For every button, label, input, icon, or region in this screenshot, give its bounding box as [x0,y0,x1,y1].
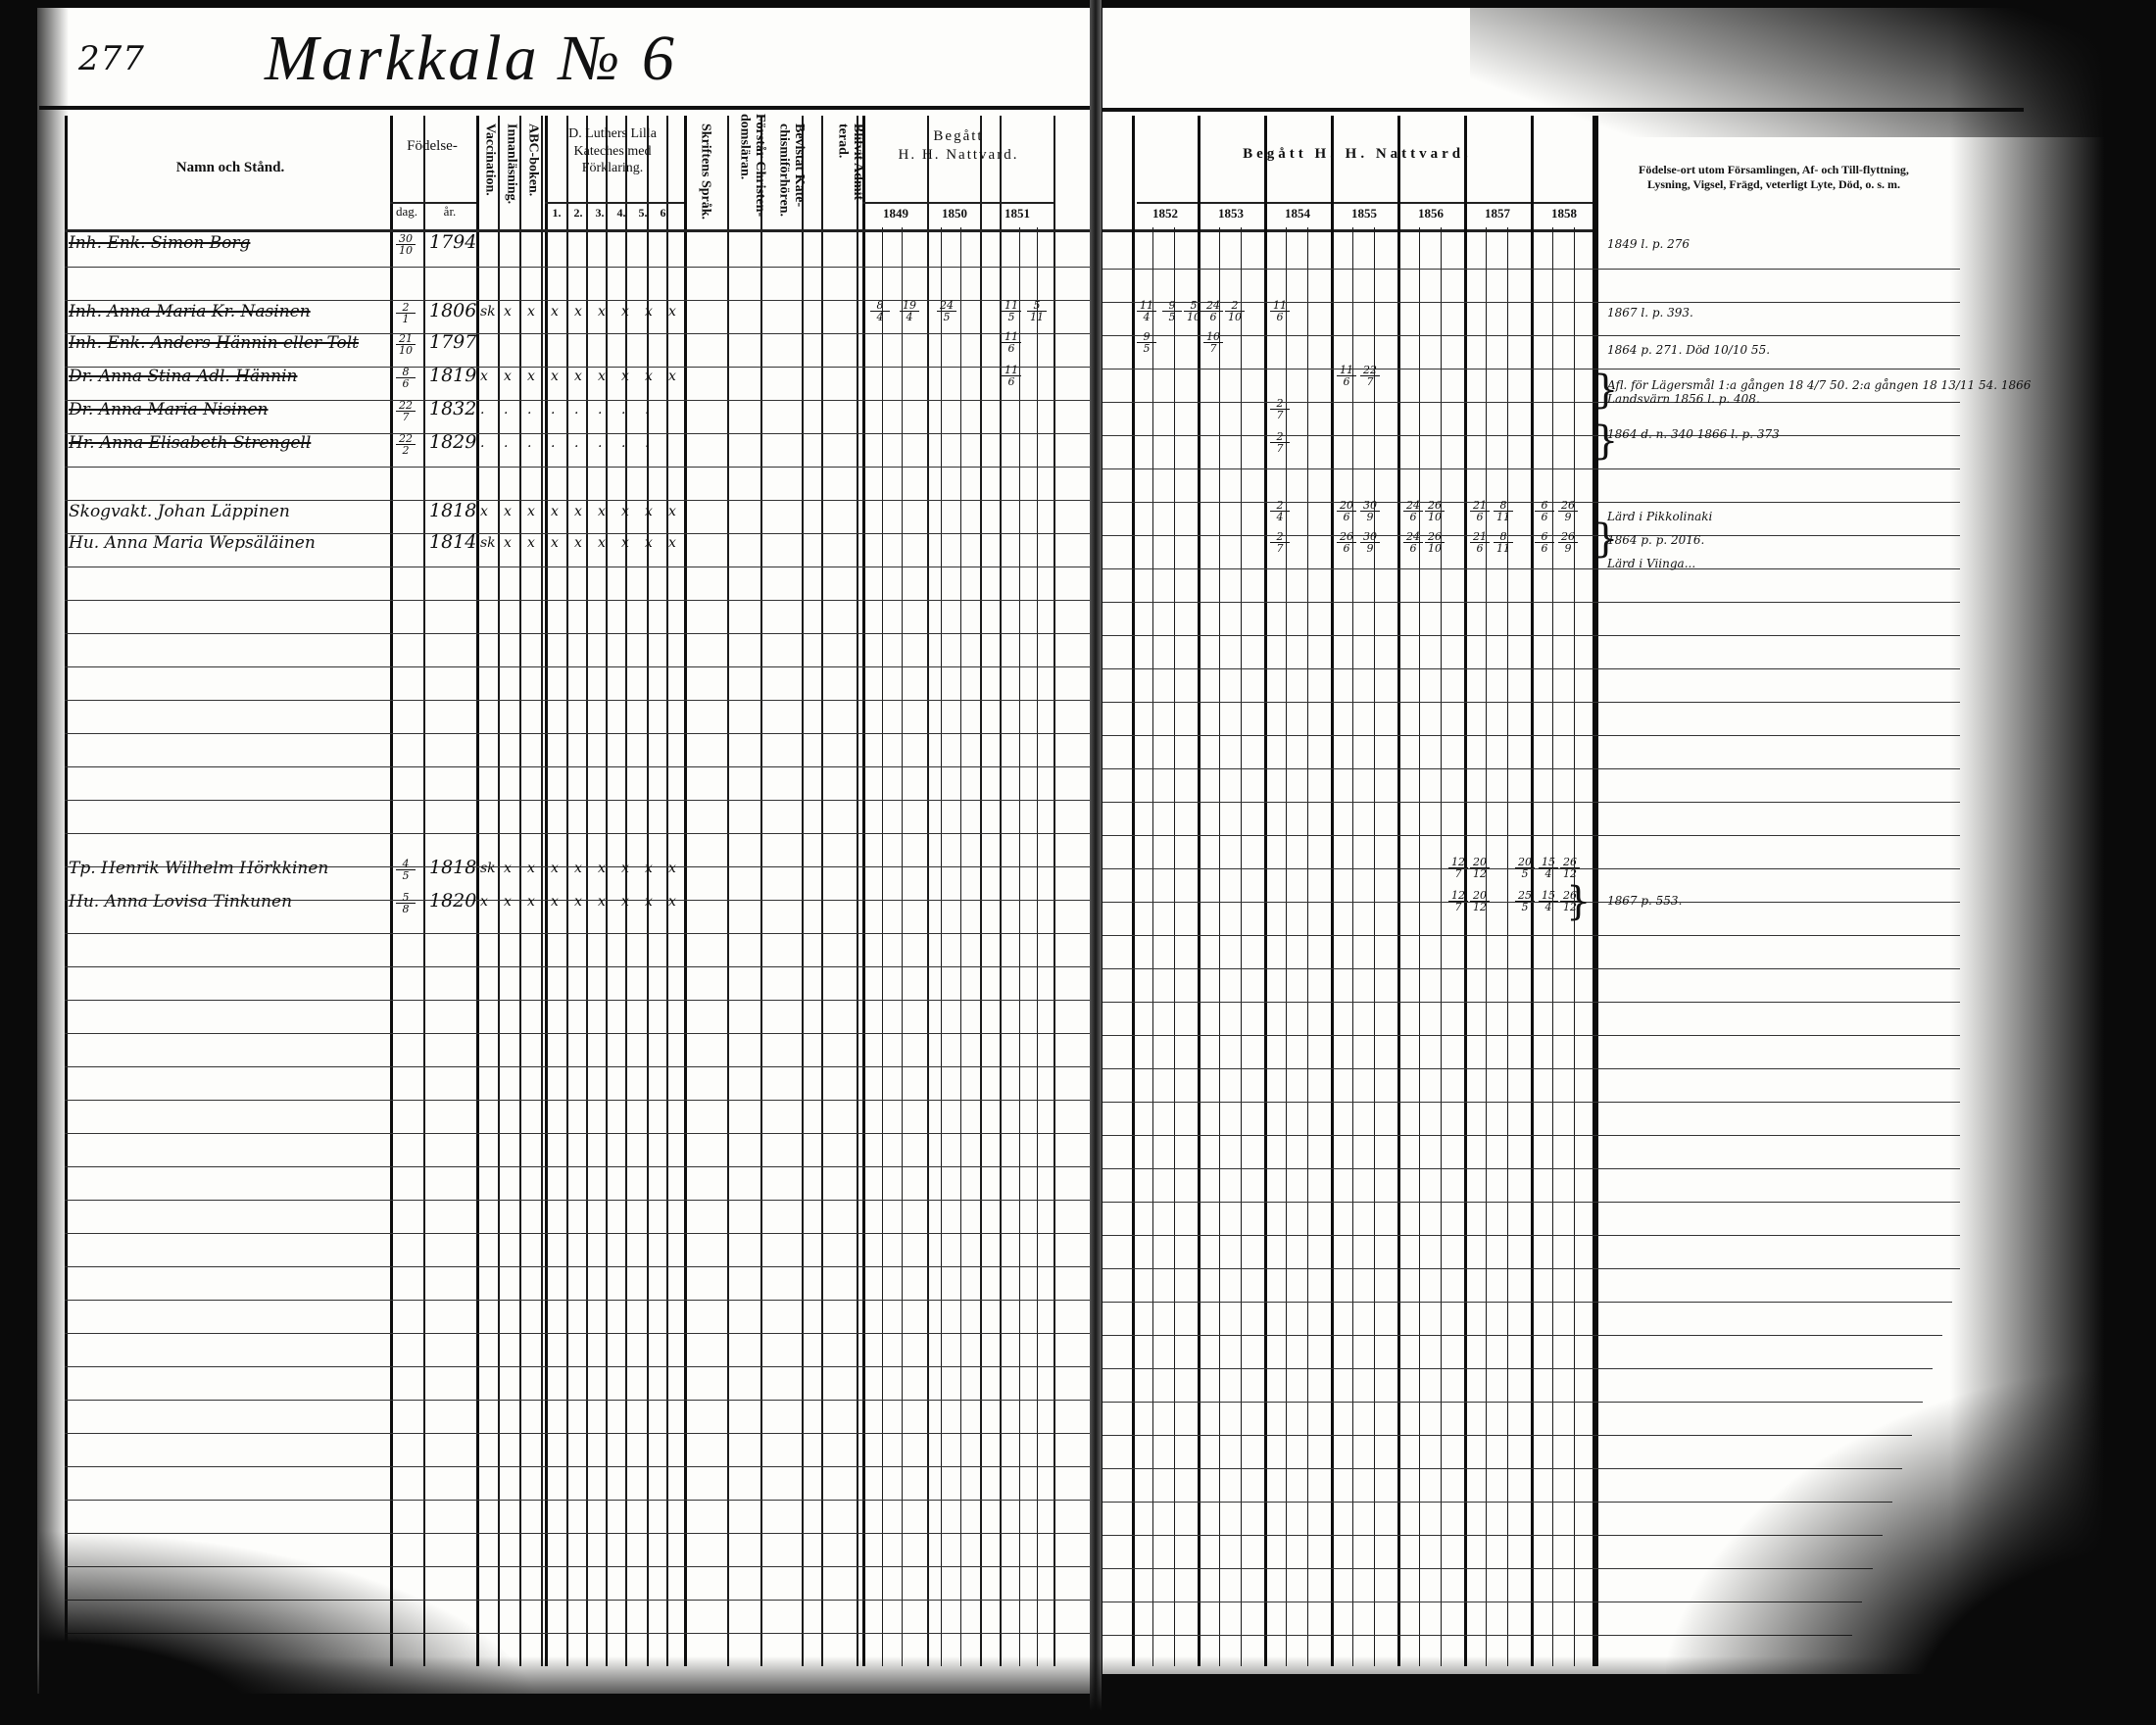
communion-date: 95 [1162,300,1182,322]
entry-name: Hu. Anna Maria Wepsäläinen [69,533,316,553]
grid-line-vertical [1552,227,1553,1666]
communion-date: 210 [1225,300,1245,322]
grid-line-vertical [1264,116,1267,1666]
year-label: 1851 [982,206,1053,222]
entry-mark: . [527,435,531,451]
right-page [1102,8,2131,1674]
brace-1: } [1593,370,1618,410]
row-line [65,600,1090,601]
row-line [65,1533,1090,1534]
entry-mark: x [574,894,582,910]
year-label: 1854 [1267,206,1328,222]
row-line [1102,602,1960,603]
communion-date: 107 [1203,331,1223,354]
entry-mark: x [504,504,512,519]
entry-mark: x [645,861,653,876]
communion-date: 811 [1494,500,1513,522]
communion-date: 84 [870,300,890,322]
row-line [1102,968,1960,969]
row-line [65,500,1090,501]
entry-name: Skogvakt. Johan Läppinen [69,502,290,521]
entry-mark: . [645,402,649,418]
entry-mark: x [645,304,653,320]
communion-date: 116 [1002,331,1021,354]
year-label: 1857 [1467,206,1528,222]
communion-date: 510 [1184,300,1203,322]
entry-mark: x [598,504,606,519]
entry-mark: x [527,861,535,876]
row-line [1102,1002,1960,1003]
entry-mark: x [645,369,653,384]
entry-name: Inh. Enk. Anders Hännin eller Tolt [69,333,359,353]
row-line [1102,1035,1960,1036]
brace-3: } [1593,519,1618,559]
row-line [65,1366,1090,1367]
entry-mark: x [504,304,512,320]
entry-mark: . [551,435,555,451]
communion-date: 116 [1270,300,1290,322]
header-birth-day: dag. [390,204,423,220]
row-line [65,733,1090,734]
entry-mark: . [504,402,508,418]
entry-birth-day: 21 [396,302,416,324]
entry-mark: x [527,304,535,320]
row-line [65,1000,1090,1001]
communion-date: 245 [937,300,956,322]
row-line [65,700,1090,701]
grid-line-vertical [882,227,883,1666]
communion-date: 194 [900,300,919,322]
row-line [65,1566,1090,1567]
grid-line-vertical [1152,227,1153,1666]
entry-mark: sk [480,304,496,320]
entry-mark: . [574,435,578,451]
entry-mark: x [480,369,488,384]
row-line [65,800,1090,801]
communion-date: 2612 [1560,857,1580,879]
luther-part-label: 5. [633,206,653,221]
row-line [65,1600,1090,1601]
row-line [1102,269,1960,270]
row-line [65,1033,1090,1034]
entry-mark: x [645,894,653,910]
row-line [1102,1435,1912,1436]
entry-mark: x [621,894,629,910]
entry-mark: x [598,535,606,551]
year-label: 1849 [866,206,925,222]
communion-date: 269 [1558,531,1578,554]
row-line [1102,1568,1873,1569]
header-bottom-rule-right [1102,229,1592,232]
entry-mark: x [480,504,488,519]
communion-date: 255 [1515,890,1535,912]
entry-name: Inh. Anna Maria Kr. Nasinen [69,302,311,321]
communion-date: 2012 [1470,857,1490,879]
entry-birth-year: 1819 [429,365,476,386]
entry-mark: x [645,504,653,519]
remark-text: 1864 p. 271. Död 10/10 55. [1607,343,1770,357]
entry-mark: x [668,535,676,551]
entry-mark: x [668,894,676,910]
entry-birth-day: 227 [396,400,416,422]
communion-date: 66 [1535,531,1554,554]
row-line [1102,635,1960,636]
entry-mark: . [504,435,508,451]
brace-2: } [1593,421,1618,461]
book-gutter [1090,0,1102,1725]
year-label: 1850 [929,206,980,222]
luther-part-label: 3. [590,206,610,221]
entry-birth-day: 3010 [396,233,416,256]
communion-date: 216 [1470,500,1490,522]
row-line [1102,1102,1960,1103]
row-line [1102,1302,1952,1303]
row-line [1102,1068,1960,1069]
row-line [1102,1635,1852,1636]
entry-mark: x [668,504,676,519]
entry-mark: x [574,369,582,384]
entry-mark: x [645,535,653,551]
row-line [65,1133,1090,1134]
entry-mark: sk [480,535,496,551]
row-line [1102,1368,1933,1369]
entry-mark: x [527,369,535,384]
entry-mark: x [551,369,559,384]
row-line [65,966,1090,967]
row-line [1102,768,1960,769]
header-vaccination: Vaccination. [482,123,497,231]
row-line [1102,1468,1902,1469]
grid-line-vertical [1419,227,1420,1666]
communion-date: 115 [1002,300,1021,322]
grid-line-vertical [1037,227,1038,1666]
communion-date: 116 [1337,365,1356,387]
entry-mark: x [480,894,488,910]
row-line [65,1233,1090,1234]
entry-mark: x [621,535,629,551]
row-line [65,567,1090,567]
entry-mark: x [621,369,629,384]
village-title: Markkala № 6 [265,22,677,96]
entry-birth-day: 222 [396,433,416,456]
entry-birth-day: 2110 [396,333,416,356]
communion-date: 511 [1027,300,1047,322]
grid-line-vertical [1174,227,1175,1666]
entry-mark: . [480,435,484,451]
header-christendom: Förstår Christen- domsläran. [737,114,767,229]
entry-birth-year: 1806 [429,300,476,321]
communion-date: 811 [1494,531,1513,554]
row-line [65,1466,1090,1467]
grid-line-vertical [1331,116,1334,1666]
entry-mark: x [598,304,606,320]
entry-mark: x [504,894,512,910]
entry-mark: x [551,861,559,876]
remark-text: Lärd i Viinga... [1607,557,1695,570]
entry-name: Dr. Anna Stina Adl. Hännin [69,367,297,386]
entry-mark: x [551,894,559,910]
entry-mark: . [598,435,602,451]
entry-mark: . [527,402,531,418]
header-top-rule-right [1102,108,2024,112]
row-line [65,1166,1090,1167]
grid-line-vertical [902,227,903,1666]
entry-birth-year: 1832 [429,398,476,419]
row-line [65,1100,1090,1101]
years-subheader-rule [862,202,1053,204]
entry-mark: x [621,304,629,320]
entry-birth-year: 1818 [429,500,476,521]
entry-mark: x [504,535,512,551]
luther-part-label: 1. [547,206,566,221]
row-line [1102,835,1960,836]
communion-date: 246 [1403,531,1423,554]
communion-date: 154 [1539,890,1558,912]
communion-date: 27 [1270,531,1290,554]
row-line [1102,702,1960,703]
entry-name: Inh. Enk. Simon Borg [69,233,250,253]
entry-name: Hu. Anna Lovisa Tinkunen [69,892,292,912]
entry-mark: x [527,504,535,519]
header-name: Namn och Stånd. [69,159,392,177]
header-scripture: Skriftens Språk. [698,123,712,231]
entry-mark: . [551,402,555,418]
entry-birth-year: 1814 [429,531,476,553]
entry-birth-year: 1829 [429,431,476,453]
entry-birth-year: 1794 [429,231,476,253]
year-label: 1858 [1534,206,1594,222]
communion-date: 114 [1137,300,1156,322]
luther-subheader-rule [545,202,684,204]
row-line [65,1633,1090,1634]
header-communion-right: Begått H. H. Nattvard. [1137,145,1578,164]
row-line [1102,1135,1960,1136]
communion-date: 95 [1137,331,1156,354]
entry-mark: x [527,535,535,551]
entry-mark: x [621,861,629,876]
row-line [65,833,1090,834]
entry-mark: . [621,435,625,451]
grid-line-vertical [1132,116,1135,1666]
row-line [65,933,1090,934]
grid-line-vertical [1198,116,1200,1666]
communion-date: 127 [1448,890,1468,912]
entry-mark: x [598,369,606,384]
row-line [65,1500,1090,1501]
remark-text: Afl. för Lägersmål 1:a gången 18 4/7 50.… [1607,378,2031,392]
communion-date: 216 [1470,531,1490,554]
row-line [1102,1402,1923,1403]
brace-4: } [1566,882,1591,921]
scanned-register-spread: 277 Markkala № 6 Namn och Stånd. Födelse… [0,0,2156,1725]
header-top-rule-left [39,106,1090,110]
header-communion-left: BegåttH. H. Nattvard. [860,127,1056,165]
grid-line-vertical [941,227,942,1666]
row-line [1102,668,1960,669]
year-label: 1855 [1334,206,1395,222]
row-line [1102,1602,1862,1602]
header-birth: Födelse- [390,137,474,156]
entry-mark: . [621,402,625,418]
communion-date: 27 [1270,431,1290,454]
communion-date: 246 [1403,500,1423,522]
grid-line-vertical [1441,227,1442,1666]
remark-text: 1849 l. p. 276 [1607,237,1690,251]
year-label: 1852 [1135,206,1196,222]
row-line [65,766,1090,767]
remark-text: 1864 p. p. 2016. [1607,533,1704,547]
row-line [1102,435,1960,436]
row-line [65,666,1090,667]
header-catechism-exam: Bevistat Kate- chismiförhören. [776,123,807,231]
entry-birth-day: 86 [396,367,416,389]
communion-date: 309 [1360,531,1380,554]
communion-date: 227 [1360,365,1380,387]
row-line [65,1433,1090,1434]
row-line [1102,1202,1960,1203]
communion-date: 154 [1539,857,1558,879]
grid-line-vertical [960,227,961,1666]
entry-mark: x [574,535,582,551]
entry-birth-day: 45 [396,859,416,881]
header-luther-catechism: D. Luthers Lilla Kateches med Förklaring… [549,125,676,177]
grid-line-vertical [1352,227,1353,1666]
row-line [1102,735,1960,736]
grid-line-vertical [1019,227,1020,1666]
row-line [1102,369,1960,370]
communion-date: 246 [1203,300,1223,322]
communion-date: 2610 [1425,531,1445,554]
header-reading: Innanläsning. [504,123,518,231]
row-line [1102,502,1960,503]
remark-text: 1867 l. p. 393. [1607,306,1693,320]
grid-line-vertical [1595,116,1598,1666]
grid-line-vertical [1219,227,1220,1666]
row-line [1102,1335,1942,1336]
row-line [1102,535,1960,536]
row-line [1102,1235,1960,1236]
remarks-divider [1592,116,1595,1666]
row-line [1102,402,1960,403]
communion-date: 269 [1558,500,1578,522]
years-subheader-rule-right [1137,202,1592,204]
communion-date: 266 [1337,531,1356,554]
entry-mark: x [574,304,582,320]
entry-mark: . [645,435,649,451]
entry-mark: x [551,304,559,320]
row-line [1102,935,1960,936]
communion-date: 116 [1002,365,1021,387]
entry-mark: x [668,304,676,320]
header-abc-book: ABC-boken. [525,123,540,231]
luther-part-label: 6. [655,206,674,221]
entry-mark: x [504,861,512,876]
page-number: 277 [78,39,145,78]
entry-mark: x [668,861,676,876]
grid-line-vertical [1307,227,1308,1666]
entry-mark: x [527,894,535,910]
grid-line-vertical [1574,227,1575,1666]
row-line [1102,802,1960,803]
row-line [65,1333,1090,1334]
entry-name: Hr. Anna Elisabeth Strengell [69,433,311,453]
entry-mark: sk [480,861,496,876]
communion-date: 24 [1270,500,1290,522]
row-line [65,267,1090,268]
luther-part-label: 4. [612,206,631,221]
communion-date: 205 [1515,857,1535,879]
row-line [65,633,1090,634]
row-line [1102,1268,1960,1269]
remark-text: 1867 p. 553. [1607,894,1682,908]
remark-text: 1864 d. n. 340 1866 l. p. 373 [1607,427,1780,441]
row-line [1102,1168,1960,1169]
year-label: 1856 [1400,206,1461,222]
entry-name: Tp. Henrik Wilhelm Hörkkinen [69,859,328,878]
communion-date: 2012 [1470,890,1490,912]
communion-date: 66 [1535,500,1554,522]
grid-line-vertical [1374,227,1375,1666]
entry-mark: . [574,402,578,418]
entry-birth-year: 1820 [429,890,476,912]
row-line [1102,568,1960,569]
entry-birth-year: 1797 [429,331,476,353]
grid-line-vertical [1507,227,1508,1666]
communion-date: 2610 [1425,500,1445,522]
row-line [65,1300,1090,1301]
entry-name: Dr. Anna Maria Nisinen [69,400,269,419]
communion-date: 127 [1448,857,1468,879]
entry-mark: x [598,861,606,876]
row-line [65,1400,1090,1401]
row-line [65,467,1090,468]
entry-mark: x [621,504,629,519]
luther-part-label: 2. [568,206,588,221]
row-line [65,1066,1090,1067]
row-line [65,1266,1090,1267]
entry-mark: x [551,504,559,519]
row-line [1102,1502,1892,1503]
entry-mark: x [504,369,512,384]
remark-text: Lärd i Pikkolinaki [1607,510,1712,523]
entry-birth-day: 58 [396,892,416,914]
entry-mark: x [574,861,582,876]
header-birth-year: år. [425,204,474,220]
entry-mark: . [598,402,602,418]
entry-mark: x [668,369,676,384]
grid-line-vertical [1241,227,1242,1666]
header-remarks: Födelse-ort utom Församlingen, Af- och T… [1627,163,1921,192]
entry-birth-year: 1818 [429,857,476,878]
row-line [1102,335,1960,336]
entry-mark: x [574,504,582,519]
communion-date: 206 [1337,500,1356,522]
grid-line-vertical [1397,116,1400,1666]
row-line [1102,1535,1883,1536]
header-bottom-rule [65,229,1090,232]
entry-mark: . [480,402,484,418]
remark-text: Landsvärn 1856 l. p. 408. [1607,392,1760,406]
row-line [65,1200,1090,1201]
entry-mark: x [551,535,559,551]
year-label: 1853 [1200,206,1261,222]
row-line [1102,468,1960,469]
entry-mark: x [598,894,606,910]
communion-date: 27 [1270,398,1290,420]
communion-date: 309 [1360,500,1380,522]
grid-line-vertical [1486,227,1487,1666]
